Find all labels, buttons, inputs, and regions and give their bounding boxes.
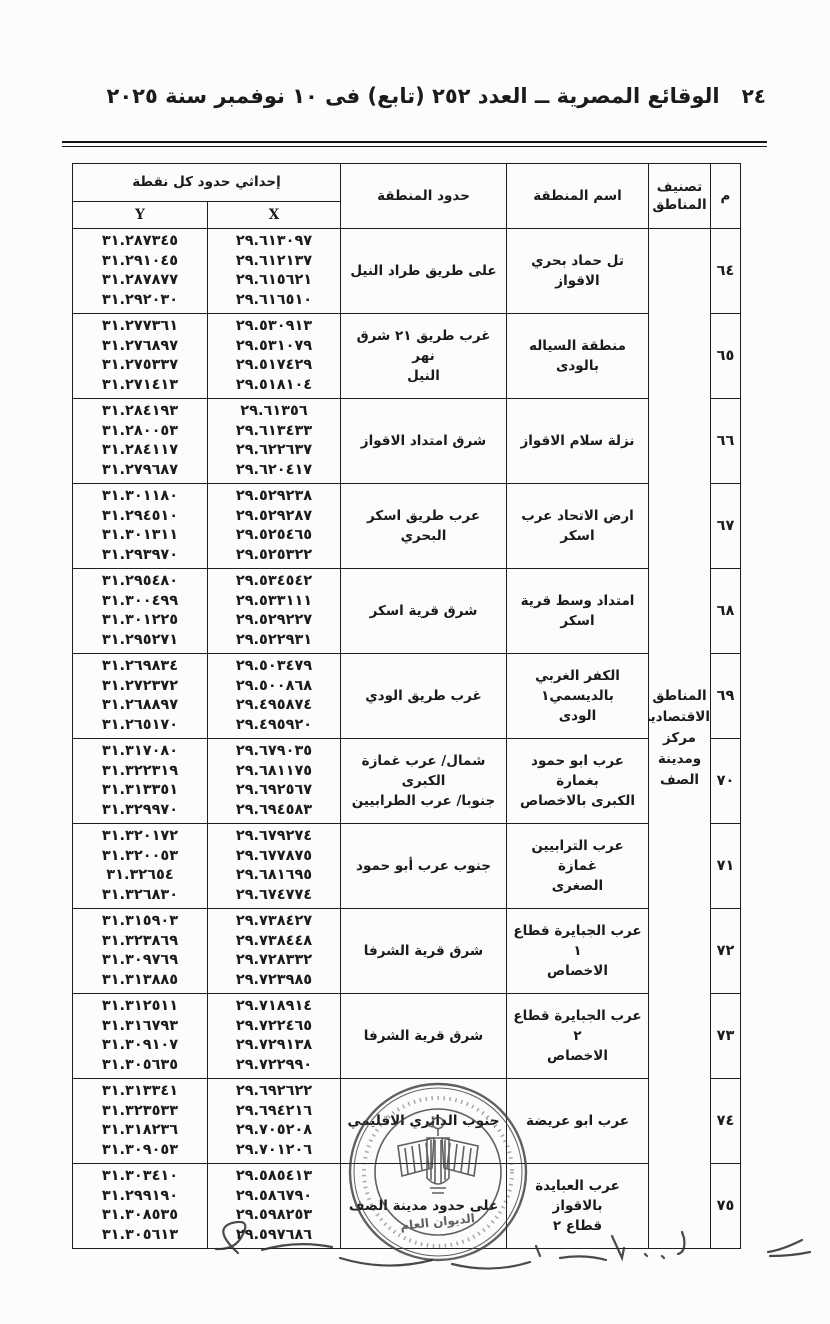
coord-x-value: ٢٩.٥٢٩٢٢٧ <box>208 611 340 631</box>
row-index: ٧١ <box>711 824 741 909</box>
coord-y-value: ٣١.٣١٣٨٨٥ <box>73 971 207 991</box>
area-name-cell: عرب ابو حمود بغمارة الكبرى بالاخصاص <box>507 739 649 824</box>
gazette-page: ٢٤ الوقائع المصرية ــ العدد ٢٥٢ (تابع) ف… <box>0 0 830 1324</box>
coord-y-value: ٣١.٢٩٥٢٧١ <box>73 631 207 651</box>
coord-y-value: ٣١.٣٢٢٣١٩ <box>73 762 207 782</box>
area-name-cell: عرب ابو عريضة <box>507 1079 649 1164</box>
coord-x-cell: ٢٩.٥٠٣٤٧٩٢٩.٥٠٠٨٦٨٢٩.٤٩٥٨٧٤٢٩.٤٩٥٩٢٠ <box>208 654 341 739</box>
coord-y-value: ٣١.٣٢٦٨٣٠ <box>73 886 207 906</box>
row-index: ٧٥ <box>711 1164 741 1249</box>
col-header-coords-group: إحداثي حدود كل نقطة <box>72 164 340 202</box>
coord-y-cell: ٣١.٢٦٩٨٣٤٣١.٢٧٢٣٧٢٣١.٢٦٨٨٩٧٣١.٢٦٥١٧٠ <box>72 654 207 739</box>
coord-x-value: ٢٩.٥١٧٤٢٩ <box>208 356 340 376</box>
table-row: ٦٩الكفر الغربي بالديسمي١ الودىغرب طريق ا… <box>72 654 740 739</box>
coord-y-value: ٣١.٢٨٤١١٧ <box>73 441 207 461</box>
area-name-cell: امتداد وسط قرية اسكر <box>507 569 649 654</box>
area-name-cell: عرب الترابيين غمازة الصغرى <box>507 824 649 909</box>
coord-x-value: ٢٩.٥٨٦٧٩٠ <box>208 1187 340 1207</box>
coord-x-value: ٢٩.٦٢٠٤١٧ <box>208 461 340 481</box>
coord-x-value: ٢٩.٦٩٢٥٦٧ <box>208 781 340 801</box>
areas-table-body: ٦٤المناطق الاقتصادية مركز ومدينة الصفتل … <box>72 229 740 1249</box>
row-index: ٧٣ <box>711 994 741 1079</box>
coord-x-value: ٢٩.٥٨٥٤١٣ <box>208 1167 340 1187</box>
coord-y-value: ٣١.٢٧٢٣٧٢ <box>73 677 207 697</box>
coord-x-value: ٢٩.٥١٨١٠٤ <box>208 376 340 396</box>
coord-x-value: ٢٩.٧٠١٢٠٦ <box>208 1141 340 1161</box>
area-name-cell: ارض الاتحاد عرب اسكر <box>507 484 649 569</box>
coord-x-cell: ٢٩.٦١٣٠٩٧٢٩.٦١٢١٣٧٢٩.٦١٥٦٢١٢٩.٦١٦٥١٠ <box>208 229 341 314</box>
col-header-index: م <box>711 164 741 229</box>
col-header-y: Y <box>72 202 207 229</box>
coord-y-value: ٣١.٣٠٩٧٦٩ <box>73 951 207 971</box>
coord-y-value: ٣١.٣٠٩١٠٧ <box>73 1036 207 1056</box>
coord-y-value: ٣١.٣٠١٣١١ <box>73 526 207 546</box>
coord-y-value: ٣١.٣٠١٢٢٥ <box>73 611 207 631</box>
area-bounds-cell: شرق قرية اسكر <box>341 569 507 654</box>
page-header: ٢٤ الوقائع المصرية ــ العدد ٢٥٢ (تابع) ف… <box>60 84 766 108</box>
coord-y-value: ٣١.٢٦٨٨٩٧ <box>73 696 207 716</box>
coord-x-value: ٢٩.٧٢٢٤٦٥ <box>208 1017 340 1037</box>
coord-y-value: ٣١.٢٦٥١٧٠ <box>73 716 207 736</box>
row-index: ٦٨ <box>711 569 741 654</box>
area-bounds-cell: شرق قرية الشرفا <box>341 909 507 994</box>
coord-y-value: ٣١.٣٢٣٥٣٣ <box>73 1102 207 1122</box>
coord-y-value: ٣١.٢٧٩٦٨٧ <box>73 461 207 481</box>
area-bounds-cell: غرب طريق ٢١ شرق نهر النيل <box>341 314 507 399</box>
coord-y-value: ٣١.٢٩٣٩٧٠ <box>73 546 207 566</box>
coord-y-value: ٣١.٣١٣٣٥١ <box>73 781 207 801</box>
table-row: ٦٤المناطق الاقتصادية مركز ومدينة الصفتل … <box>72 229 740 314</box>
coord-y-cell: ٣١.٢٧٧٣٦١٣١.٢٧٦٨٩٧٣١.٢٧٥٣٣٧٣١.٢٧١٤١٣ <box>72 314 207 399</box>
coord-y-value: ٣١.٣٢٩٩٧٠ <box>73 801 207 821</box>
table-row: ٧١عرب الترابيين غمازة الصغرىجنوب عرب أبو… <box>72 824 740 909</box>
table-row: ٧٥عرب العبايدة بالاقواز قطاع ٢على حدود م… <box>72 1164 740 1249</box>
coord-y-cell: ٣١.٣٠٣٤١٠٣١.٢٩٩١٩٠٣١.٣٠٨٥٣٥٣١.٣٠٥٦١٣ <box>72 1164 207 1249</box>
coord-x-cell: ٢٩.٦٧٩٢٧٤٢٩.٦٧٧٨٧٥٢٩.٦٨١٦٩٥٢٩.٦٧٤٧٧٤ <box>208 824 341 909</box>
area-name-cell: عرب الجبايرة قطاع ٢ الاخصاص <box>507 994 649 1079</box>
coord-x-cell: ٢٩.٧٣٨٤٢٧٢٩.٧٣٨٤٤٨٢٩.٧٢٨٣٣٢٢٩.٧٢٣٩٨٥ <box>208 909 341 994</box>
area-name-cell: عرب الجبايرة قطاع ١ الاخصاص <box>507 909 649 994</box>
coord-x-value: ٢٩.٥٩٧٦٨٦ <box>208 1226 340 1246</box>
coord-y-value: ٣١.٢٧٦٨٩٧ <box>73 337 207 357</box>
row-index: ٦٥ <box>711 314 741 399</box>
coord-y-value: ٣١.٣٠٥٦٣٥ <box>73 1056 207 1076</box>
coord-x-cell: ٢٩.٥٢٩٢٣٨٢٩.٥٢٩٢٨٧٢٩.٥٢٥٤٦٥٢٩.٥٢٥٣٢٢ <box>208 484 341 569</box>
coord-x-cell: ٢٩.٦١٣٥٦٢٩.٦١٣٤٣٣٢٩.٦٢٢٦٣٧٢٩.٦٢٠٤١٧ <box>208 399 341 484</box>
coord-x-value: ٢٩.٥٣٠٩١٣ <box>208 317 340 337</box>
area-bounds-cell: جنوب الدائري الاقليمي <box>341 1079 507 1164</box>
classification-cell: المناطق الاقتصادية مركز ومدينة الصف <box>649 229 711 1249</box>
coord-y-value: ٣١.٢٧٥٣٣٧ <box>73 356 207 376</box>
coord-x-value: ٢٩.٦٧٩٢٧٤ <box>208 827 340 847</box>
coord-x-value: ٢٩.٦٧٩٠٣٥ <box>208 742 340 762</box>
area-bounds-cell: جنوب عرب أبو حمود <box>341 824 507 909</box>
gazette-title: الوقائع المصرية ــ العدد ٢٥٢ (تابع) فى ١… <box>107 84 720 108</box>
row-index: ٦٦ <box>711 399 741 484</box>
coord-y-value: ٣١.٣٢٣٨٦٩ <box>73 932 207 952</box>
table-row: ٦٥منطقة السياله بالودىغرب طريق ٢١ شرق نه… <box>72 314 740 399</box>
coord-y-cell: ٣١.٣١٥٩٠٣٣١.٣٢٣٨٦٩٣١.٣٠٩٧٦٩٣١.٣١٣٨٨٥ <box>72 909 207 994</box>
coord-x-value: ٢٩.٦٩٤٢١٦ <box>208 1102 340 1122</box>
coord-x-value: ٢٩.٧٣٨٤٤٨ <box>208 932 340 952</box>
coord-x-value: ٢٩.٦٩٢٦٢٢ <box>208 1082 340 1102</box>
coord-x-value: ٢٩.٥٠٠٨٦٨ <box>208 677 340 697</box>
coord-x-value: ٢٩.٦٨١١٧٥ <box>208 762 340 782</box>
col-header-x: X <box>208 202 341 229</box>
coord-x-value: ٢٩.٥٢٢٩٣١ <box>208 631 340 651</box>
coord-y-value: ٣١.٢٨٠٠٥٣ <box>73 422 207 442</box>
coord-x-value: ٢٩.٦٩٤٥٨٣ <box>208 801 340 821</box>
coord-x-value: ٢٩.٥٢٩٢٨٧ <box>208 507 340 527</box>
coord-y-cell: ٣١.٣١٢٥١١٣١.٣١٦٧٩٣٣١.٣٠٩١٠٧٣١.٣٠٥٦٣٥ <box>72 994 207 1079</box>
coord-x-value: ٢٩.٧٢٨٣٣٢ <box>208 951 340 971</box>
coord-x-value: ٢٩.٦١٢١٣٧ <box>208 252 340 272</box>
coord-x-cell: ٢٩.٥٣٠٩١٣٢٩.٥٣١٠٧٩٢٩.٥١٧٤٢٩٢٩.٥١٨١٠٤ <box>208 314 341 399</box>
coord-x-value: ٢٩.٥٠٣٤٧٩ <box>208 657 340 677</box>
page-number: ٢٤ <box>742 84 766 108</box>
row-index: ٧٤ <box>711 1079 741 1164</box>
row-index: ٧٠ <box>711 739 741 824</box>
table-row: ٧٤عرب ابو عريضةجنوب الدائري الاقليمي٢٩.٦… <box>72 1079 740 1164</box>
areas-coordinates-table: م تصنيف المناطق اسم المنطقة حدود المنطقة… <box>72 163 741 1249</box>
coord-y-value: ٣١.٢٨٧٣٤٥ <box>73 232 207 252</box>
coord-y-value: ٣١.٢٩٤٥١٠ <box>73 507 207 527</box>
coord-x-value: ٢٩.٦١٥٦٢١ <box>208 271 340 291</box>
area-name-cell: الكفر الغربي بالديسمي١ الودى <box>507 654 649 739</box>
coord-x-value: ٢٩.٤٩٥٨٧٤ <box>208 696 340 716</box>
coord-y-value: ٣١.٣١٢٥١١ <box>73 997 207 1017</box>
table-row: ٦٨امتداد وسط قرية اسكرشرق قرية اسكر٢٩.٥٣… <box>72 569 740 654</box>
area-bounds-cell: شرق قرية الشرفا <box>341 994 507 1079</box>
coord-y-value: ٣١.٣٠٨٥٣٥ <box>73 1206 207 1226</box>
area-name-cell: نزلة سلام الاقواز <box>507 399 649 484</box>
coord-y-value: ٣١.٣١٧٠٨٠ <box>73 742 207 762</box>
area-bounds-cell: على حدود مدينة الصف <box>341 1164 507 1249</box>
coord-x-value: ٢٩.٦١٣٥٦ <box>208 402 340 422</box>
coord-y-cell: ٣١.٣٠١١٨٠٣١.٢٩٤٥١٠٣١.٣٠١٣١١٣١.٢٩٣٩٧٠ <box>72 484 207 569</box>
row-index: ٧٢ <box>711 909 741 994</box>
table-row: ٧٠عرب ابو حمود بغمارة الكبرى بالاخصاصشما… <box>72 739 740 824</box>
coord-y-value: ٣١.٢٩٩١٩٠ <box>73 1187 207 1207</box>
coord-y-value: ٣١.٣٠٣٤١٠ <box>73 1167 207 1187</box>
area-name-cell: منطقة السياله بالودى <box>507 314 649 399</box>
coord-x-value: ٢٩.٦١٣٠٩٧ <box>208 232 340 252</box>
col-header-classification: تصنيف المناطق <box>649 164 711 229</box>
coord-y-value: ٣١.٢٧١٤١٣ <box>73 376 207 396</box>
coord-y-value: ٣١.٣١٨٢٣٦ <box>73 1121 207 1141</box>
area-bounds-cell: عرب طريق اسكر البحري <box>341 484 507 569</box>
table-row: ٧٢عرب الجبايرة قطاع ١ الاخصاصشرق قرية ال… <box>72 909 740 994</box>
area-bounds-cell: شرق امتداد الاقواز <box>341 399 507 484</box>
coord-x-value: ٢٩.٥٢٥٤٦٥ <box>208 526 340 546</box>
table-row: ٧٣عرب الجبايرة قطاع ٢ الاخصاصشرق قرية ال… <box>72 994 740 1079</box>
coord-y-value: ٣١.٢٩٢٠٣٠ <box>73 291 207 311</box>
coord-x-value: ٢٩.٥٩٨٢٥٣ <box>208 1206 340 1226</box>
coord-x-value: ٢٩.٥٣٣١١١ <box>208 592 340 612</box>
coord-x-value: ٢٩.٥٣٤٥٤٢ <box>208 572 340 592</box>
coord-y-cell: ٣١.٣١٧٠٨٠٣١.٣٢٢٣١٩٣١.٣١٣٣٥١٣١.٣٢٩٩٧٠ <box>72 739 207 824</box>
coord-y-cell: ٣١.٣١٣٣٤١٣١.٣٢٣٥٣٣٣١.٣١٨٢٣٦٣١.٣٠٩٠٥٣ <box>72 1079 207 1164</box>
coord-x-value: ٢٩.٤٩٥٩٢٠ <box>208 716 340 736</box>
coord-y-value: ٣١.٣١٣٣٤١ <box>73 1082 207 1102</box>
coord-y-value: ٣١.٢٩٥٤٨٠ <box>73 572 207 592</box>
row-index: ٦٤ <box>711 229 741 314</box>
coord-y-value: ٣١.٣٢٠٠٥٣ <box>73 847 207 867</box>
coord-x-value: ٢٩.٦٧٧٨٧٥ <box>208 847 340 867</box>
area-bounds-cell: على طريق طراد النيل <box>341 229 507 314</box>
coord-x-value: ٢٩.٧٣٨٤٢٧ <box>208 912 340 932</box>
col-header-area-name: اسم المنطقة <box>507 164 649 229</box>
coord-x-cell: ٢٩.٥٣٤٥٤٢٢٩.٥٣٣١١١٢٩.٥٢٩٢٢٧٢٩.٥٢٢٩٣١ <box>208 569 341 654</box>
coord-x-value: ٢٩.٥٢٥٣٢٢ <box>208 546 340 566</box>
coord-x-value: ٢٩.٥٢٩٢٣٨ <box>208 487 340 507</box>
coord-x-cell: ٢٩.٧١٨٩١٤٢٩.٧٢٢٤٦٥٢٩.٧٢٩١٣٨٢٩.٧٢٢٩٩٠ <box>208 994 341 1079</box>
coord-y-cell: ٣١.٢٨٧٣٤٥٣١.٢٩١٠٤٥٣١.٢٨٧٨٧٧٣١.٢٩٢٠٣٠ <box>72 229 207 314</box>
coord-x-value: ٢٩.٦٢٢٦٣٧ <box>208 441 340 461</box>
coord-y-value: ٣١.٣٠٠٤٩٩ <box>73 592 207 612</box>
coord-x-cell: ٢٩.٦٩٢٦٢٢٢٩.٦٩٤٢١٦٢٩.٧٠٥٢٠٨٢٩.٧٠١٢٠٦ <box>208 1079 341 1164</box>
coord-y-value: ٣١.٣٠٥٦١٣ <box>73 1226 207 1246</box>
row-index: ٦٧ <box>711 484 741 569</box>
area-bounds-cell: شمال/ عرب غمازة الكبرى جنوبا/ عرب الطراب… <box>341 739 507 824</box>
row-index: ٦٩ <box>711 654 741 739</box>
coord-y-value: ٣١.٢٨٧٨٧٧ <box>73 271 207 291</box>
area-bounds-cell: غرب طريق الودي <box>341 654 507 739</box>
coord-y-cell: ٣١.٣٢٠١٧٢٣١.٣٢٠٠٥٣٣١.٣٢٦٥٤٣١.٣٢٦٨٣٠ <box>72 824 207 909</box>
coord-x-cell: ٢٩.٦٧٩٠٣٥٢٩.٦٨١١٧٥٢٩.٦٩٢٥٦٧٢٩.٦٩٤٥٨٣ <box>208 739 341 824</box>
coord-x-value: ٢٩.٦١٦٥١٠ <box>208 291 340 311</box>
coord-x-value: ٢٩.٧٢٣٩٨٥ <box>208 971 340 991</box>
coord-y-value: ٣١.٢٧٧٣٦١ <box>73 317 207 337</box>
col-header-area-bounds: حدود المنطقة <box>341 164 507 229</box>
coord-x-cell: ٢٩.٥٨٥٤١٣٢٩.٥٨٦٧٩٠٢٩.٥٩٨٢٥٣٢٩.٥٩٧٦٨٦ <box>208 1164 341 1249</box>
coord-y-value: ٣١.٣٢٠١٧٢ <box>73 827 207 847</box>
coord-x-value: ٢٩.٦١٣٤٣٣ <box>208 422 340 442</box>
coord-x-value: ٢٩.٧٢٢٩٩٠ <box>208 1056 340 1076</box>
table-row: ٦٦نزلة سلام الاقوازشرق امتداد الاقواز٢٩.… <box>72 399 740 484</box>
coord-y-value: ٣١.٣١٦٧٩٣ <box>73 1017 207 1037</box>
coord-x-value: ٢٩.٧١٨٩١٤ <box>208 997 340 1017</box>
coord-y-value: ٣١.٣١٥٩٠٣ <box>73 912 207 932</box>
coord-y-value: ٣١.٣٠١١٨٠ <box>73 487 207 507</box>
area-name-cell: عرب العبايدة بالاقواز قطاع ٢ <box>507 1164 649 1249</box>
coord-y-value: ٣١.٢٦٩٨٣٤ <box>73 657 207 677</box>
coord-y-cell: ٣١.٢٨٤١٩٣٣١.٢٨٠٠٥٣٣١.٢٨٤١١٧٣١.٢٧٩٦٨٧ <box>72 399 207 484</box>
header-rule <box>62 141 767 147</box>
coord-x-value: ٢٩.٧٠٥٢٠٨ <box>208 1121 340 1141</box>
coord-y-value: ٣١.٣٠٩٠٥٣ <box>73 1141 207 1161</box>
area-name-cell: تل حماد بحري الاقواز <box>507 229 649 314</box>
coord-y-value: ٣١.٢٨٤١٩٣ <box>73 402 207 422</box>
coord-y-value: ٣١.٢٩١٠٤٥ <box>73 252 207 272</box>
coord-x-value: ٢٩.٥٣١٠٧٩ <box>208 337 340 357</box>
coord-x-value: ٢٩.٧٢٩١٣٨ <box>208 1036 340 1056</box>
coord-x-value: ٢٩.٦٧٤٧٧٤ <box>208 886 340 906</box>
coord-x-value: ٢٩.٦٨١٦٩٥ <box>208 866 340 886</box>
table-row: ٦٧ارض الاتحاد عرب اسكرعرب طريق اسكر البح… <box>72 484 740 569</box>
coord-y-value: ٣١.٣٢٦٥٤ <box>73 866 207 886</box>
coord-y-cell: ٣١.٢٩٥٤٨٠٣١.٣٠٠٤٩٩٣١.٣٠١٢٢٥٣١.٢٩٥٢٧١ <box>72 569 207 654</box>
